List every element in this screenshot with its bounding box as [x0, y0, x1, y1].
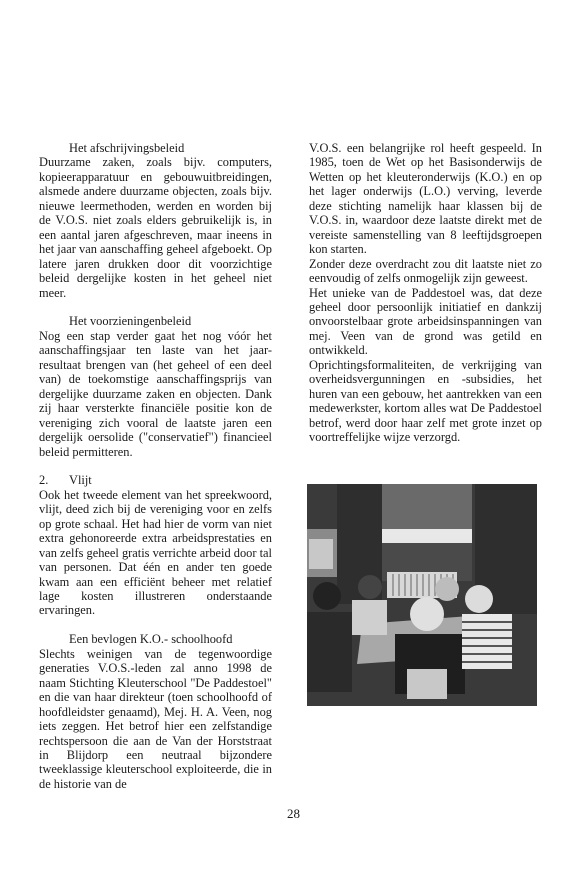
right-column: V.O.S. een belangrijke rol heeft gespeel… — [309, 141, 542, 445]
paragraph-afschrijvingsbeleid: Duurzame zaken, zoals bijv. computers, k… — [39, 155, 272, 300]
classroom-photo — [307, 484, 537, 706]
section-heading-schoolhoofd: Een bevlogen K.O.- schoolhoofd — [39, 632, 272, 646]
paragraph-schoolhoofd: Slechts weinigen van de tegenwoordige ge… — [39, 647, 272, 792]
page-number: 28 — [0, 806, 587, 822]
paragraph-paddestoel: Het unieke van de Paddestoel was, dat de… — [309, 286, 542, 358]
paragraph-voorzieningenbeleid: Nog een stap verder gaat het nog vóór he… — [39, 329, 272, 459]
photo-illustration — [307, 484, 537, 706]
section-heading-afschrijvingsbeleid: Het afschrijvingsbeleid — [39, 141, 272, 155]
section-heading-vlijt: 2.Vlijt — [39, 473, 272, 487]
paragraph-vos-rol: V.O.S. een belangrijke rol heeft gespeel… — [309, 141, 542, 257]
section-number: 2. — [39, 473, 69, 487]
paragraph-vlijt: Ook het tweede element van het spreekwoo… — [39, 488, 272, 618]
section-heading-voorzieningenbeleid: Het voorzieningenbeleid — [39, 314, 272, 328]
section-title: Vlijt — [69, 473, 92, 487]
paragraph-overdracht: Zonder deze overdracht zou dit laatste n… — [309, 257, 542, 286]
spacer — [39, 300, 272, 314]
paragraph-oprichting: Oprichtingsformaliteiten, de verkrijging… — [309, 358, 542, 445]
spacer — [39, 459, 272, 473]
spacer — [39, 618, 272, 632]
left-column: Het afschrijvingsbeleid Duurzame zaken, … — [39, 141, 272, 791]
